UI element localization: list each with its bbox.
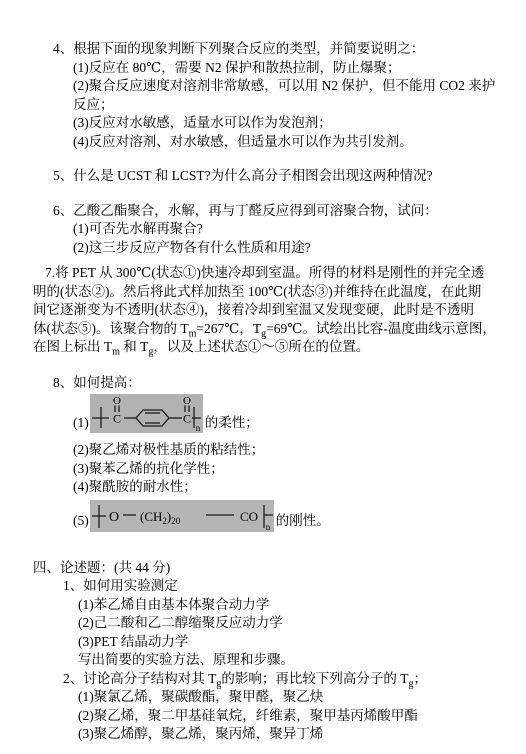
question-4: 4、根据下面的现象判断下列聚合反应的类型，并简要说明之： (1)反应在 80℃，…	[33, 40, 506, 151]
section-4-essay-questions: 四、论述题：(共 44 分) 1、如何用实验测定 (1)苯乙烯自由基本体聚合动力…	[33, 559, 506, 744]
question-7-line-4: 体(状态⑤)。该聚合物的 Tm=267℃，Tg=69℃。试绘出比容-温度曲线示意…	[33, 320, 506, 339]
formula-subscript: 20	[171, 516, 181, 526]
section-4-q1-item-3: (3)PET 结晶动力学	[33, 633, 506, 652]
section-4-title: 四、论述题：(共 44 分)	[33, 559, 506, 578]
question-5: 5、什么是 UCST 和 LCST?为什么高分子相图会出现这两种情况?	[33, 167, 506, 186]
section-4-q2-title: 2、讨论高分子结构对其 Tg的影响；再比较下列高分子的 Tg；	[33, 670, 506, 689]
item-suffix-text: 的刚性。	[276, 512, 330, 531]
question-7-line-1: 7.将 PET 从 300℃(状态①)快速冷却到室温。所得的材料是刚性的并完全透	[33, 264, 506, 283]
item-suffix-text: 的柔性；	[205, 414, 259, 433]
text-segment: 2、讨论高分子结构对其 T	[63, 671, 216, 686]
question-8-item-5: (5) O (CH2)20 CO n 的刚性。	[33, 500, 506, 532]
polyether-repeat-unit-structure-image: O (CH2)20 CO n	[90, 500, 274, 532]
formula-segment: (CH	[140, 509, 162, 524]
carbon-atom-label: C	[183, 412, 191, 426]
text-segment: 的影响；再比较下列高分子的 T	[221, 671, 408, 686]
question-7-line-2: 明的(状态②)。然后将此式样加热至 100℃(状态③)并维持在此温度，在此期	[33, 283, 506, 302]
question-8-item-3: (3)聚苯乙烯的抗化学性；	[33, 460, 506, 479]
text-segment: ，以及上述状态①～⑤所在的位置。	[153, 339, 369, 354]
question-8: 8、如何提高： (1)	[33, 374, 506, 532]
text-segment: ；	[414, 671, 428, 686]
section-4-q2-item-3: (3)聚乙烯醇，聚乙烯，聚丙烯，聚异丁烯	[33, 725, 506, 744]
text-segment: =267℃，T	[196, 321, 261, 336]
question-4-item-1: (1)反应在 80℃，需要 N2 保护和散热拉制，防止爆聚；	[33, 59, 506, 78]
question-4-title: 4、根据下面的现象判断下列聚合反应的类型，并简要说明之：	[33, 40, 506, 59]
question-4-item-2-line-1: (2)聚合反应速度对溶剂非常敏感，可以用 N2 保护，但不能用 CO2 来护	[33, 77, 506, 96]
carbon-atom-label: C	[113, 412, 121, 426]
question-6-item-1: (1)可否先水解再聚合?	[33, 220, 506, 239]
text-segment: =69℃。试绘出比容-温度曲线示意图，	[266, 321, 496, 336]
oxygen-atom-label: O	[109, 510, 119, 525]
section-4-q1-item-2: (2)己二酸和乙二醇缩聚反应动力学	[33, 614, 506, 633]
question-4-item-2-line-2: 反应；	[33, 96, 506, 115]
question-7: 7.将 PET 从 300℃(状态①)快速冷却到室温。所得的材料是刚性的并完全透…	[33, 264, 506, 357]
section-4-q1-title: 1、如何用实验测定	[33, 577, 506, 596]
exam-document-page: 4、根据下面的现象判断下列聚合反应的类型，并简要说明之： (1)反应在 80℃，…	[0, 0, 526, 744]
text-segment: 和 T	[120, 339, 149, 354]
question-8-item-1: (1) O C	[33, 394, 506, 433]
oxygen-atom-label: O	[183, 395, 191, 407]
item-number: (5)	[73, 512, 89, 531]
question-6: 6、乙酸乙酯聚合，水解，再与丁醛反应得到可溶聚合物，试问： (1)可否先水解再聚…	[33, 202, 506, 258]
repeat-n-subscript: n	[196, 423, 201, 433]
text-segment: 体(状态⑤)。该聚合物的 T	[33, 321, 189, 336]
oxygen-atom-label: O	[113, 395, 121, 407]
polyester-repeat-unit-structure-image: O C O C n	[90, 394, 203, 433]
question-8-items-2-4: (2)聚乙烯对极性基质的粘结性； (3)聚苯乙烯的抗化学性； (4)聚酰胺的耐水…	[33, 441, 506, 497]
question-8-title: 8、如何提高：	[33, 374, 506, 393]
question-4-item-3: (3)反应对水敏感，适量水可以作为发泡剂；	[33, 114, 506, 133]
question-5-title: 5、什么是 UCST 和 LCST?为什么高分子相图会出现这两种情况?	[33, 167, 506, 186]
section-4-q2-item-1: (1)聚氯乙烯，聚碳酸酯，聚甲醛，聚乙炔	[33, 688, 506, 707]
item-number: (1)	[73, 414, 89, 433]
text-segment: 在图上标出 T	[33, 339, 112, 354]
question-7-line-3: 间它逐渐变为不透明(状态④)，接着冷却到室温又发现变硬，此时是不透明	[33, 301, 506, 320]
question-6-item-2: (2)这三步反应产物各有什么性质和用途?	[33, 239, 506, 258]
co-group-label: CO	[240, 509, 258, 524]
question-6-title: 6、乙酸乙酯聚合，水解，再与丁醛反应得到可溶聚合物，试问：	[33, 202, 506, 221]
section-4-q1-item-4: 写出简要的实验方法、原理和步骤。	[33, 651, 506, 670]
repeat-n-subscript: n	[266, 522, 271, 532]
section-4-q2-item-2: (2)聚乙烯，聚二甲基硅氧烷，纤维素，聚甲基丙烯酸甲酯	[33, 707, 506, 726]
question-8-item-2: (2)聚乙烯对极性基质的粘结性；	[33, 441, 506, 460]
question-4-item-4: (4)反应对溶剂、对水敏感，但适量水可以作为共引发剂。	[33, 133, 506, 152]
tm-subscript: m	[112, 347, 120, 358]
question-8-item-4: (4)聚酰胺的耐水性；	[33, 478, 506, 497]
question-7-line-5: 在图上标出 Tm 和 Tg，以及上述状态①～⑤所在的位置。	[33, 338, 506, 357]
section-4-q1-item-1: (1)苯乙烯自由基本体聚合动力学	[33, 596, 506, 615]
